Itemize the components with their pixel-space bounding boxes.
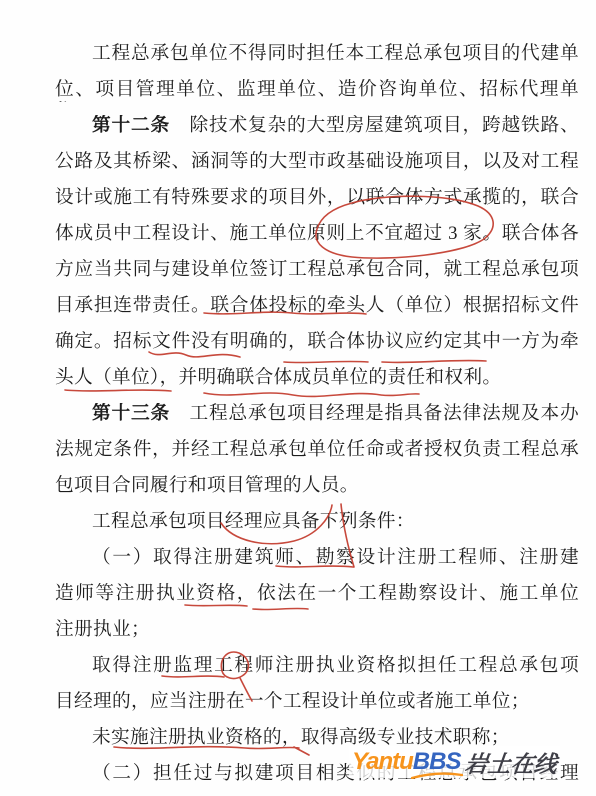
line-text: 目承担连带责任。联合体投标的牵头人（单位）根据招标文件	[55, 295, 579, 316]
text-line: 位、项目管理单位、监理单位、造价咨询单位、招标代理单位。	[55, 79, 579, 102]
line-text: 注册执业；	[55, 619, 150, 640]
text-line: 设计或施工有特殊要求的项目外，以联合体方式承揽的，联合	[55, 187, 579, 210]
watermark-cn-text: 岩土在线	[464, 746, 559, 779]
text-line: 注册执业；	[55, 619, 579, 642]
watermark-swoosh-icon	[411, 771, 463, 779]
text-line: 目承担连带责任。联合体投标的牵头人（单位）根据招标文件	[55, 295, 579, 318]
line-text: 体成员中工程设计、施工单位原则上不宜超过 3 家。联合体各	[55, 223, 579, 244]
annotation-underline-consortium-agreement	[284, 361, 368, 362]
watermark-logo: YantuBBS岩土在线	[349, 746, 560, 778]
line-text: 设计或施工有特殊要求的项目外，以联合体方式承揽的，联合	[55, 187, 579, 208]
line-text: 未实施注册执业资格的，取得高级专业技术职称；	[92, 727, 510, 748]
text-line: 取得注册监理工程师注册执业资格拟担任工程总承包项	[55, 655, 579, 678]
text-line: （一）取得注册建筑师、勘察设计注册工程师、注册建	[55, 547, 579, 570]
line-text: 工程总承包单位不得同时担任本工程总承包项目的代建单	[92, 43, 579, 64]
line-text: 确定。招标文件没有明确的，联合体协议应约定其中一方为牵	[55, 331, 579, 352]
line-text: 公路及其桥梁、涵洞等的大型市政基础设施项目，以及对工程	[55, 151, 579, 172]
line-text: （一）取得注册建筑师、勘察设计注册工程师、注册建	[92, 547, 579, 568]
line-text: 目经理的，应当注册在一个工程设计单位或者施工单位；	[55, 691, 530, 712]
text-line: 确定。招标文件没有明确的，联合体协议应约定其中一方为牵	[55, 331, 579, 354]
article-number: 第十三条	[92, 403, 170, 424]
text-line: 工程总承包项目经理应具备下列条件：	[55, 511, 579, 534]
line-text: 位、项目管理单位、监理单位、造价咨询单位、招标代理单位。	[55, 79, 579, 102]
document-page: 工程总承包单位不得同时担任本工程总承包项目的代建单 位、项目管理单位、监理单位、…	[0, 0, 596, 796]
line-text: 法规定条件，并经工程总承包单位任命或者授权负责工程总承	[55, 439, 579, 460]
annotation-underline-leader-unit	[65, 390, 171, 391]
text-line: 造师等注册执业资格，依法在一个工程勘察设计、施工单位	[55, 583, 579, 606]
line-text: 工程总承包项目经理是指具备法律法规及本办	[170, 403, 579, 424]
line-text: 除技术复杂的大型房屋建筑项目，跨越铁路、	[170, 115, 579, 136]
text-line: 工程总承包单位不得同时担任本工程总承包项目的代建单	[55, 43, 579, 66]
text-line: 包项目合同履行和项目管理的人员。	[55, 475, 579, 498]
text-line: 目经理的，应当注册在一个工程设计单位或者施工单位；	[55, 691, 579, 714]
line-text: 造师等注册执业资格，依法在一个工程勘察设计、施工单位	[55, 583, 579, 604]
line-text: 头人（单位），并明确联合体成员单位的责任和权利。	[55, 367, 501, 388]
text-line: 方应当共同与建设单位签订工程总承包合同，就工程总承包项	[55, 259, 579, 282]
text-line: 法规定条件，并经工程总承包单位任命或者授权负责工程总承	[55, 439, 579, 462]
annotation-underline-according-to-law	[253, 608, 308, 609]
line-text: 包项目合同履行和项目管理的人员。	[55, 475, 359, 496]
watermark-yantu-text: Yantu	[352, 748, 413, 776]
watermark-bbs-text: BBS	[413, 748, 461, 776]
article-number: 第十二条	[92, 115, 170, 136]
text-line: 体成员中工程设计、施工单位原则上不宜超过 3 家。联合体各	[55, 223, 579, 246]
line-text: 方应当共同与建设单位签订工程总承包合同，就工程总承包项	[55, 259, 579, 280]
text-line: 第十二条 除技术复杂的大型房屋建筑项目，跨越铁路、	[55, 115, 579, 138]
line-text: 工程总承包项目经理应具备下列条件：	[92, 511, 415, 532]
annotation-wavy-underline-member-responsibility	[204, 393, 419, 396]
text-line: 头人（单位），并明确联合体成员单位的责任和权利。	[55, 367, 579, 390]
line-text: 取得注册监理工程师注册执业资格拟担任工程总承包项	[92, 655, 579, 676]
text-line: 公路及其桥梁、涵洞等的大型市政基础设施项目，以及对工程	[55, 151, 579, 174]
annotation-underline-shall-stipulate	[382, 361, 486, 363]
text-line: 第十三条 工程总承包项目经理是指具备法律法规及本办	[55, 403, 579, 426]
